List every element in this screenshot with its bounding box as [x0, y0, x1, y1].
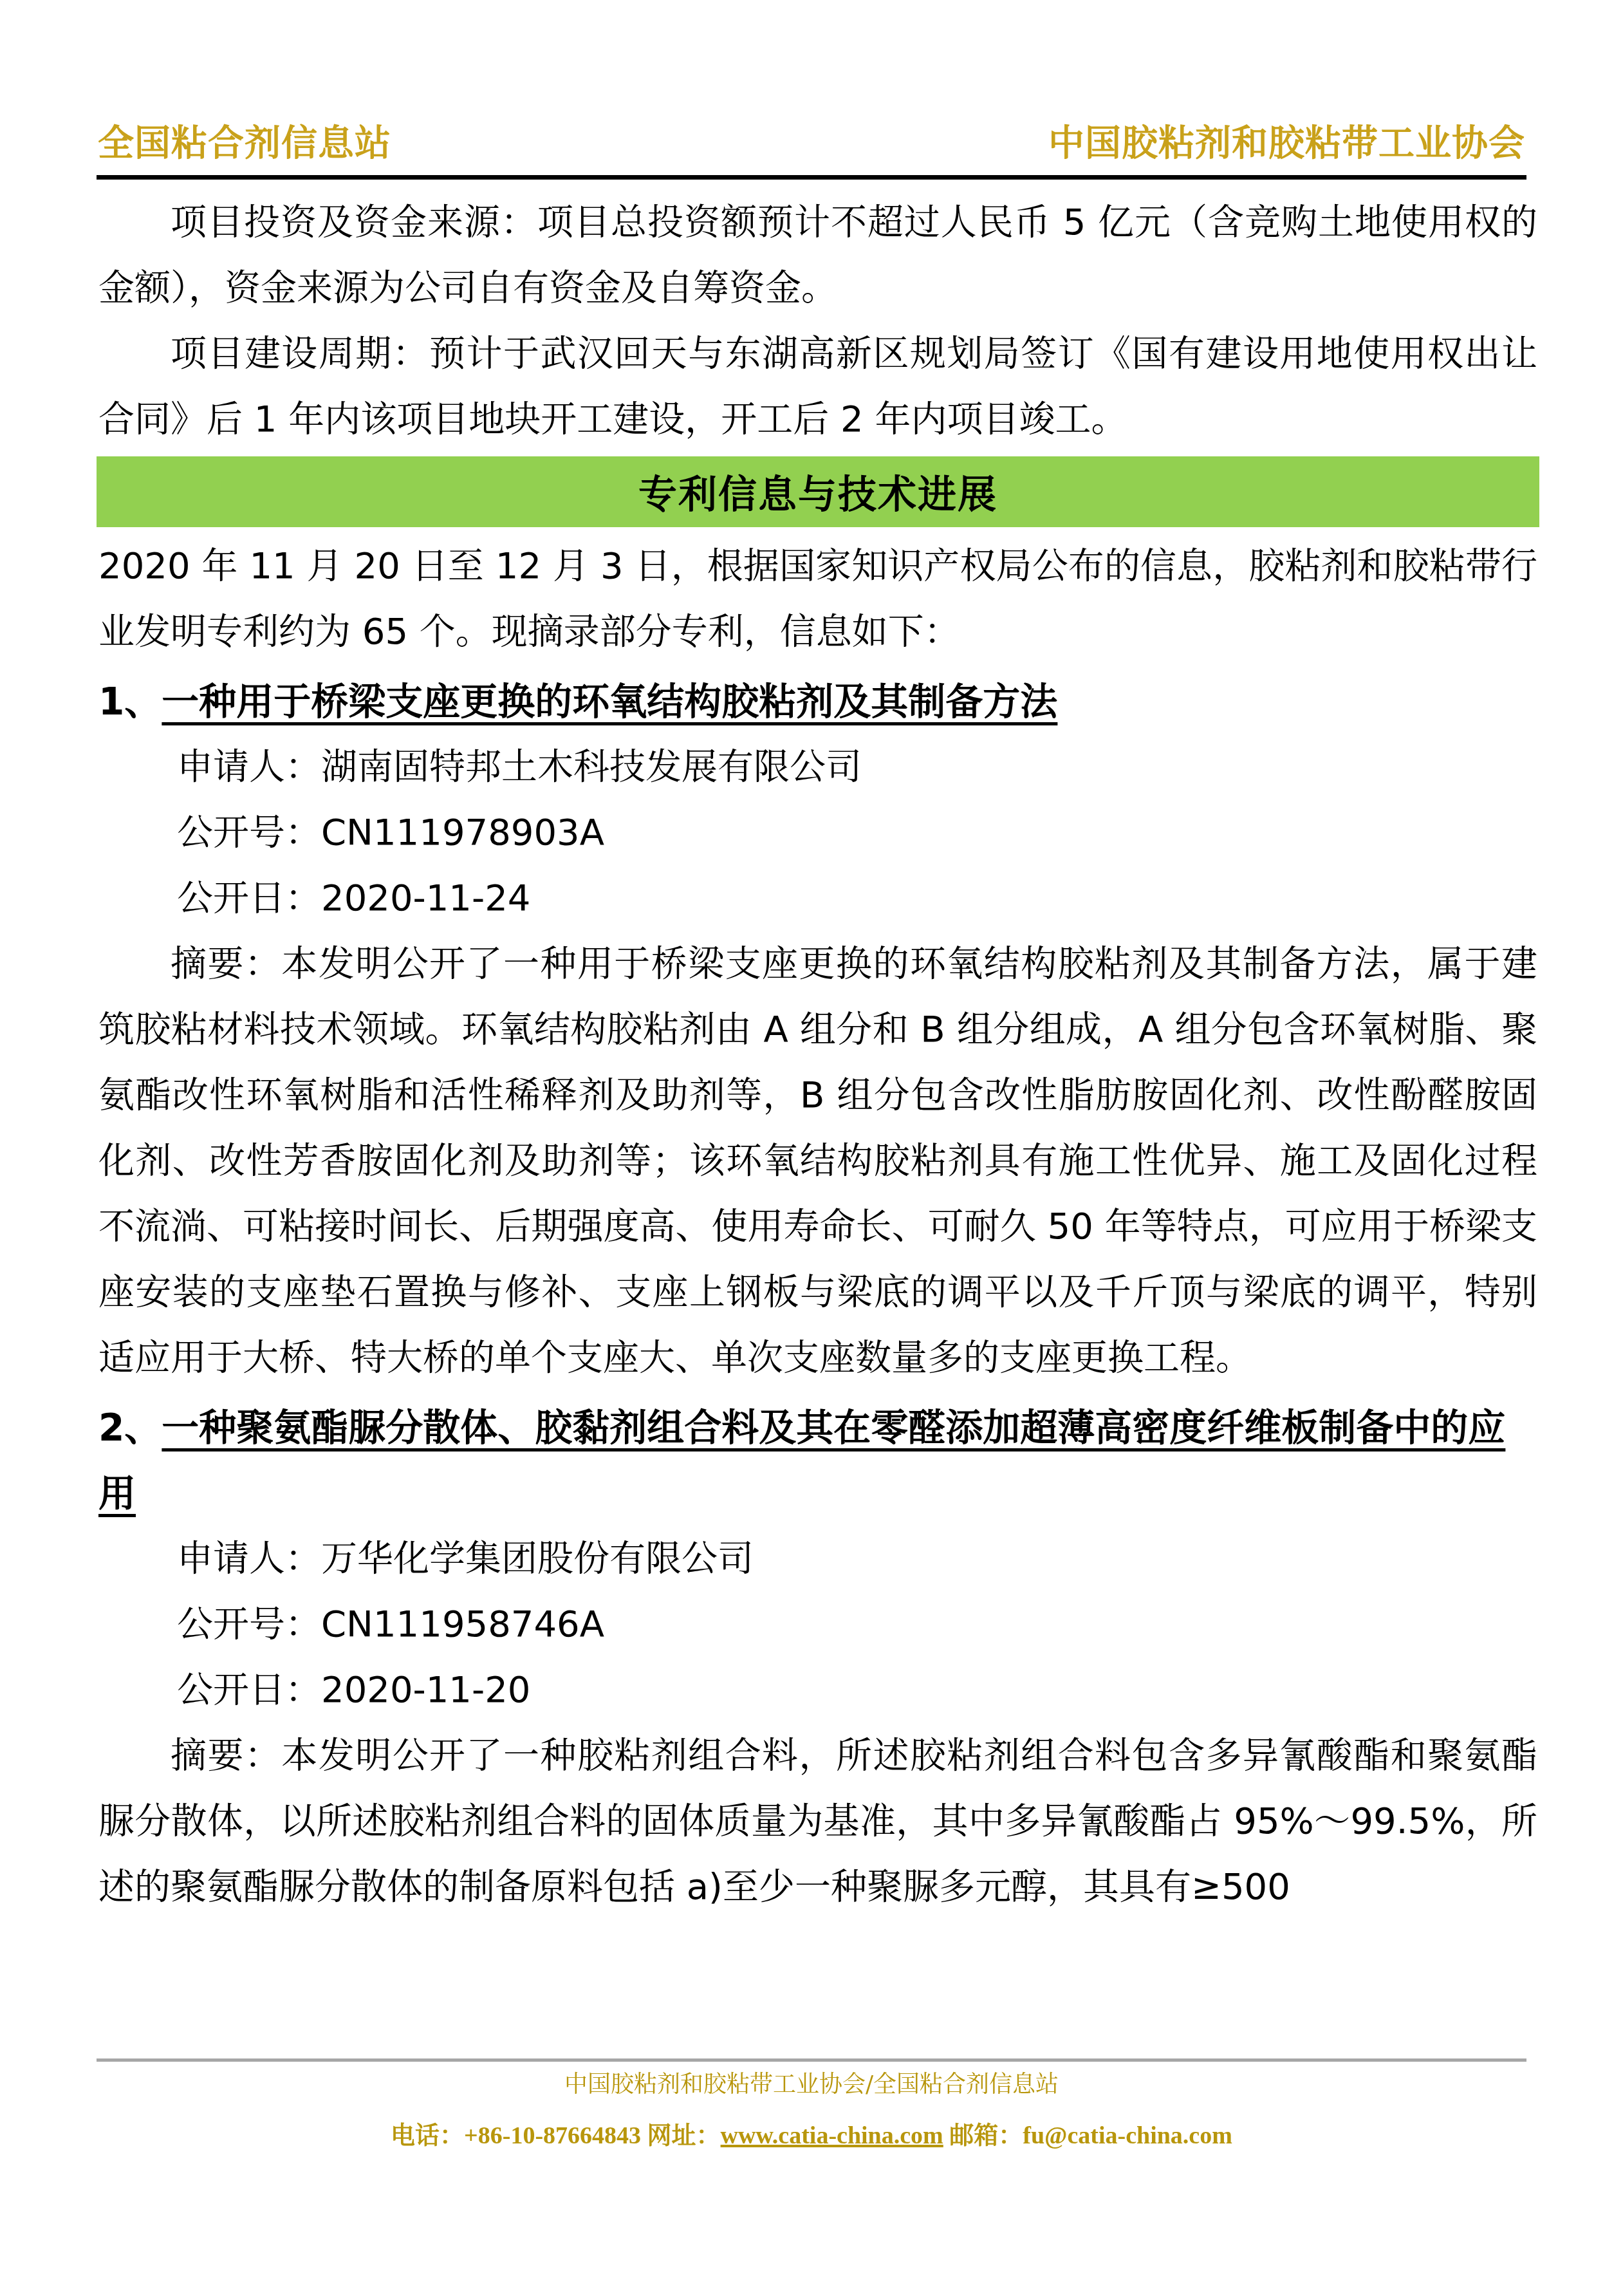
- email-address[interactable]: fu@catia-china.com: [1023, 2122, 1232, 2149]
- patent-publication-number: 公开号：CN111978903A: [98, 800, 1537, 866]
- footer-contact-line: 电话：+86-10-87664843 网址：www.catia-china.co…: [0, 2115, 1623, 2151]
- pub-no-value: CN111978903A: [321, 812, 604, 854]
- patent-number: 2、: [98, 1406, 162, 1450]
- investment-paragraph: 项目投资及资金来源：项目总投资额预计不超过人民币 5 亿元（含竞购土地使用权的金…: [98, 190, 1537, 321]
- abstract-text: 本发明公开了一种用于桥梁支座更换的环氧结构胶粘剂及其制备方法，属于建筑胶粘材料技…: [98, 943, 1537, 1379]
- page-header: 全国粘合剂信息站 中国胶粘剂和胶粘带工业协会: [97, 115, 1526, 180]
- construction-period-paragraph: 项目建设周期：预计于武汉回天与东湖高新区规划局签订《国有建设用地使用权出让合同》…: [98, 321, 1537, 453]
- footer-org-line: 中国胶粘剂和胶粘带工业协会/全国粘合剂信息站: [0, 2066, 1623, 2099]
- pub-date-label: 公开日：: [177, 1669, 321, 1711]
- applicant-value: 湖南固特邦土木科技发展有限公司: [321, 746, 862, 788]
- patent-publication-date: 公开日：2020-11-20: [98, 1657, 1537, 1723]
- patent-abstract: 摘要：本发明公开了一种胶粘剂组合料，所述胶粘剂组合料包含多异氰酸酯和聚氨酯脲分散…: [98, 1723, 1537, 1920]
- website-label: 网址：: [641, 2122, 721, 2149]
- website-link[interactable]: www.catia-china.com: [721, 2122, 943, 2149]
- pub-no-label: 公开号：: [177, 1603, 321, 1645]
- patent-heading: 1、一种用于桥梁支座更换的环氧结构胶粘剂及其制备方法: [98, 669, 1537, 734]
- email-label: 邮箱：: [943, 2122, 1023, 2149]
- pub-date-value: 2020-11-20: [321, 1669, 530, 1711]
- pub-date-label: 公开日：: [177, 877, 321, 919]
- patent-abstract: 摘要：本发明公开了一种用于桥梁支座更换的环氧结构胶粘剂及其制备方法，属于建筑胶粘…: [98, 931, 1537, 1391]
- phone-number: +86-10-87664843: [464, 2122, 641, 2149]
- patent-number: 1、: [98, 680, 162, 723]
- patent-publication-number: 公开号：CN111958746A: [98, 1592, 1537, 1657]
- section-title: 专利信息与技术进展: [638, 464, 997, 519]
- applicant-value: 万华化学集团股份有限公司: [321, 1538, 754, 1580]
- patent-title: 一种聚氨酯脲分散体、胶黏剂组合料及其在零醛添加超薄高密度纤维板制备中的应用: [98, 1406, 1505, 1515]
- patent-applicant: 申请人：万华化学集团股份有限公司: [98, 1526, 1537, 1592]
- header-association-name: 中国胶粘剂和胶粘带工业协会: [1048, 115, 1525, 166]
- pub-no-label: 公开号：: [177, 812, 321, 854]
- applicant-label: 申请人：: [177, 746, 321, 788]
- page-content: 项目投资及资金来源：项目总投资额预计不超过人民币 5 亿元（含竞购土地使用权的金…: [98, 190, 1537, 1920]
- pub-date-value: 2020-11-24: [321, 877, 530, 919]
- patent-entry: 1、一种用于桥梁支座更换的环氧结构胶粘剂及其制备方法 申请人：湖南固特邦土木科技…: [98, 669, 1537, 1391]
- abstract-label: 摘要：: [171, 943, 281, 985]
- section-band: 专利信息与技术进展: [97, 456, 1539, 527]
- patent-summary-paragraph: 2020 年 11 月 20 日至 12 月 3 日，根据国家知识产权局公布的信…: [98, 534, 1537, 665]
- patent-title: 一种用于桥梁支座更换的环氧结构胶粘剂及其制备方法: [162, 680, 1057, 723]
- pub-no-value: CN111958746A: [321, 1603, 604, 1645]
- header-site-name: 全国粘合剂信息站: [98, 115, 391, 166]
- patent-publication-date: 公开日：2020-11-24: [98, 866, 1537, 931]
- footer-divider: [97, 2058, 1526, 2062]
- abstract-text: 本发明公开了一种胶粘剂组合料，所述胶粘剂组合料包含多异氰酸酯和聚氨酯脲分散体，以…: [98, 1735, 1537, 1908]
- applicant-label: 申请人：: [177, 1538, 321, 1580]
- patent-heading: 2、一种聚氨酯脲分散体、胶黏剂组合料及其在零醛添加超薄高密度纤维板制备中的应用: [98, 1395, 1537, 1526]
- patent-applicant: 申请人：湖南固特邦土木科技发展有限公司: [98, 734, 1537, 800]
- patent-entry: 2、一种聚氨酯脲分散体、胶黏剂组合料及其在零醛添加超薄高密度纤维板制备中的应用 …: [98, 1395, 1537, 1920]
- phone-label: 电话：: [391, 2122, 464, 2149]
- abstract-label: 摘要：: [171, 1735, 281, 1777]
